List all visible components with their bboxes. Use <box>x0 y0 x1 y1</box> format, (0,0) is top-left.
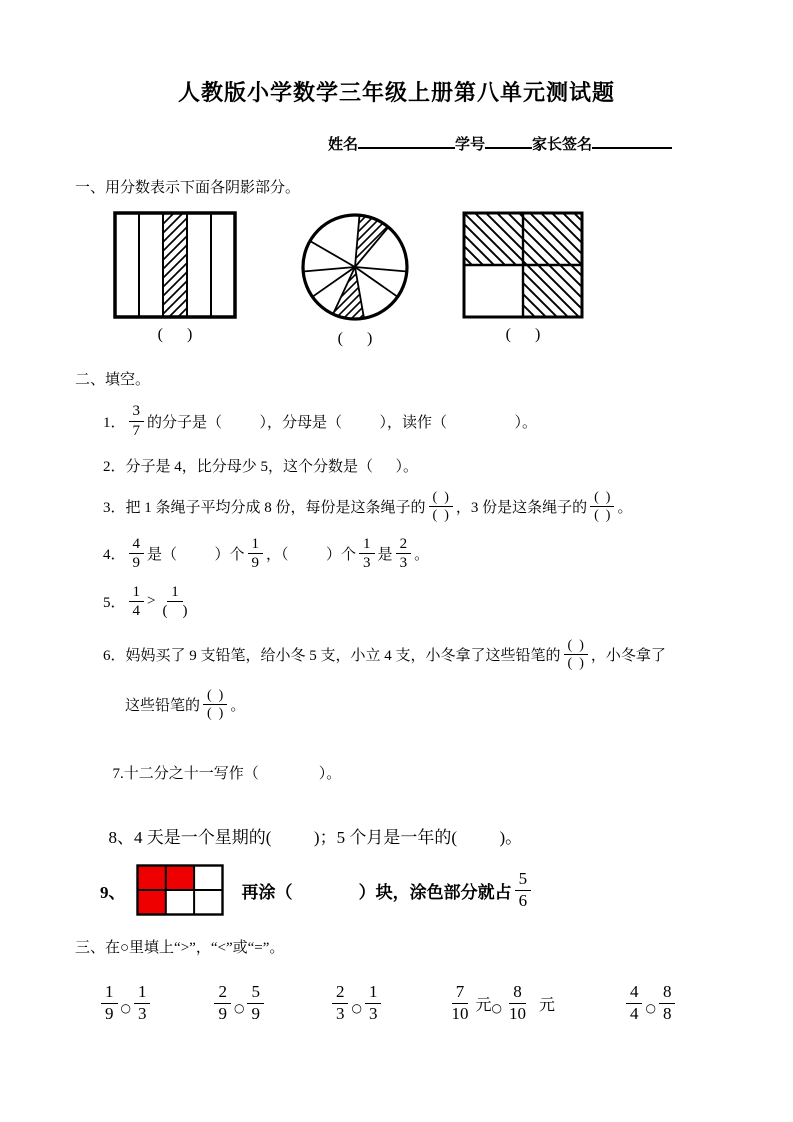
item6-text-1: 妈妈买了 9 支铅笔，给小冬 5 支，小立 4 支，小冬拿了这些铅笔的 <box>126 644 561 665</box>
item4-text-1: 是（ ）个 <box>147 543 245 564</box>
red-cell <box>165 866 193 891</box>
fraction-1-9: 19 <box>101 983 118 1023</box>
name-label: 姓名 <box>328 136 358 153</box>
red-cell <box>137 866 165 891</box>
fraction-1-9: 19 <box>248 536 264 572</box>
header-fields: 姓名学号家长签名 <box>328 133 793 154</box>
blank-fraction: ( )( ) <box>429 490 453 524</box>
fraction-1-blank: 1( ) <box>158 584 191 620</box>
fraction-1-3: 13 <box>359 536 375 572</box>
comparison-circle: ○ <box>121 1002 131 1014</box>
item2-text: 分子是 4，比分母少 5，这个分数是（ ）。 <box>126 455 419 476</box>
item6-text-3: 这些铅笔的 <box>125 694 200 715</box>
comparison-pair-5: 44 ○ 88 <box>623 983 678 1023</box>
figure-strips-rectangle: ( ) <box>113 211 237 344</box>
yuan-unit: 元 <box>475 992 491 1015</box>
item1-text: 的分子是（ ），分母是（ ），读作（ ）。 <box>147 411 537 432</box>
greater-than-sign: > <box>147 593 155 610</box>
item4-text-4: 。 <box>414 543 429 564</box>
item3-text-2: ，3 份是这条绳子的 <box>456 496 587 517</box>
item8-text: 4 天是一个星期的( )；5 个月是一年的( )。 <box>134 828 522 847</box>
item5-number: 5． <box>103 591 126 612</box>
section2-heading: 二、填空。 <box>75 368 793 389</box>
item3-number: 3． <box>103 496 126 517</box>
figure3-answer-blank: ( ) <box>506 326 541 344</box>
section3-heading: 三、在○里填上“>”，“<”或“=”。 <box>75 936 793 957</box>
fraction-8-8: 88 <box>659 983 676 1023</box>
comparison-circle: ○ <box>491 1002 501 1014</box>
item4-text-3: 是 <box>378 543 393 564</box>
name-blank <box>358 134 455 149</box>
blank-fraction: ( )( ) <box>590 490 614 524</box>
fill-item-2: 2． 分子是 4，比分母少 5，这个分数是（ ）。 <box>103 455 793 476</box>
figure-quadrants-rectangle: ( ) <box>462 211 584 344</box>
comparison-row: 19 ○ 13 29 ○ 59 23 ○ 13 710 元 ○ 810 元 44… <box>98 983 793 1023</box>
item3-text-3: 。 <box>617 496 632 517</box>
parent-sign-label: 家长签名 <box>532 136 592 153</box>
fraction-2-3: 23 <box>332 983 349 1023</box>
fill-item-5: 5． 14 > 1( ) <box>103 584 793 620</box>
comparison-pair-1: 19 ○ 13 <box>98 983 153 1023</box>
item9-text: 再涂（ ）块，涂色部分就占 <box>242 878 512 903</box>
item6-text-2: ，小冬拿了 <box>591 644 666 665</box>
fraction-4-4: 44 <box>626 983 643 1023</box>
worksheet-page: { "title": "人教版小学数学三年级上册第八单元测试题", "heade… <box>0 0 793 1122</box>
fill-item-9: 9、 再涂（ ）块，涂色部分就占 56 <box>100 864 793 916</box>
item3-text-1: 把 1 条绳子平均分成 8 份，每份是这条绳子的 <box>126 496 426 517</box>
yuan-unit: 元 <box>539 992 555 1015</box>
quadrants-rectangle-figure <box>462 211 584 319</box>
section1-figures: ( ) ( ) <box>113 211 793 348</box>
item8-number: 8、 <box>109 828 135 847</box>
red-cell <box>137 890 165 915</box>
item7-text: 十二分之十一写作（ ）。 <box>124 766 342 782</box>
fraction-8-10: 810 <box>505 983 530 1023</box>
fraction-1-3: 13 <box>134 983 151 1023</box>
item2-number: 2． <box>103 455 126 476</box>
item9-number: 9、 <box>100 878 126 903</box>
fraction-5-9: 59 <box>247 983 264 1023</box>
fraction-2-3: 23 <box>396 536 412 572</box>
parent-sign-blank <box>592 134 672 149</box>
fill-item-1: 1． 37 的分子是（ ），分母是（ ），读作（ ）。 <box>103 403 793 439</box>
item1-number: 1． <box>103 411 126 432</box>
fraction-1-3: 13 <box>365 983 382 1023</box>
item6-text-4: 。 <box>230 694 245 715</box>
page-title: 人教版小学数学三年级上册第八单元测试题 <box>0 76 793 107</box>
circle-sectors-figure <box>299 211 411 323</box>
section1-heading: 一、用分数表示下面各阴影部分。 <box>75 176 793 197</box>
item6-number: 6． <box>103 644 126 665</box>
fraction-3-7: 37 <box>129 403 145 439</box>
item4-number: 4． <box>103 543 126 564</box>
fraction-4-9: 49 <box>129 536 145 572</box>
comparison-circle: ○ <box>234 1002 244 1014</box>
item4-text-2: ，（ ）个 <box>266 543 356 564</box>
fraction-1-4: 14 <box>129 584 145 620</box>
comparison-pair-2: 29 ○ 59 <box>211 983 266 1023</box>
coloring-grid-figure <box>136 864 224 916</box>
item7-number: 7. <box>113 766 124 782</box>
comparison-circle: ○ <box>645 1002 655 1014</box>
fill-item-6-line1: 6． 妈妈买了 9 支铅笔，给小冬 5 支，小立 4 支，小冬拿了这些铅笔的 (… <box>103 638 793 672</box>
fraction-5-6: 56 <box>515 870 532 910</box>
figure2-answer-blank: ( ) <box>338 330 373 348</box>
fraction-2-9: 29 <box>214 983 231 1023</box>
fill-item-7: 7.十二分之十一写作（ ）。 <box>105 745 793 783</box>
comparison-pair-3: 23 ○ 13 <box>329 983 384 1023</box>
fill-item-3: 3． 把 1 条绳子平均分成 8 份，每份是这条绳子的 ( )( ) ，3 份是… <box>103 490 793 524</box>
figure-circle-sectors: ( ) <box>299 211 411 348</box>
blank-fraction: ( )( ) <box>564 638 588 672</box>
blank-fraction: ( )( ) <box>203 688 227 722</box>
fraction-7-10: 710 <box>447 983 472 1023</box>
fill-item-8: 8、4 天是一个星期的( )；5 个月是一年的( )。 <box>100 803 793 848</box>
comparison-circle: ○ <box>351 1002 361 1014</box>
fill-item-4: 4． 49 是（ ）个 19 ，（ ）个 13 是 23 。 <box>103 536 793 572</box>
fill-item-6-line2: 这些铅笔的 ( )( ) 。 <box>125 688 793 722</box>
student-id-label: 学号 <box>455 136 485 153</box>
strips-rectangle-figure <box>113 211 237 319</box>
student-id-blank <box>485 134 532 149</box>
comparison-pair-4: 710 元 ○ 810 元 <box>444 983 555 1023</box>
figure1-answer-blank: ( ) <box>158 326 193 344</box>
